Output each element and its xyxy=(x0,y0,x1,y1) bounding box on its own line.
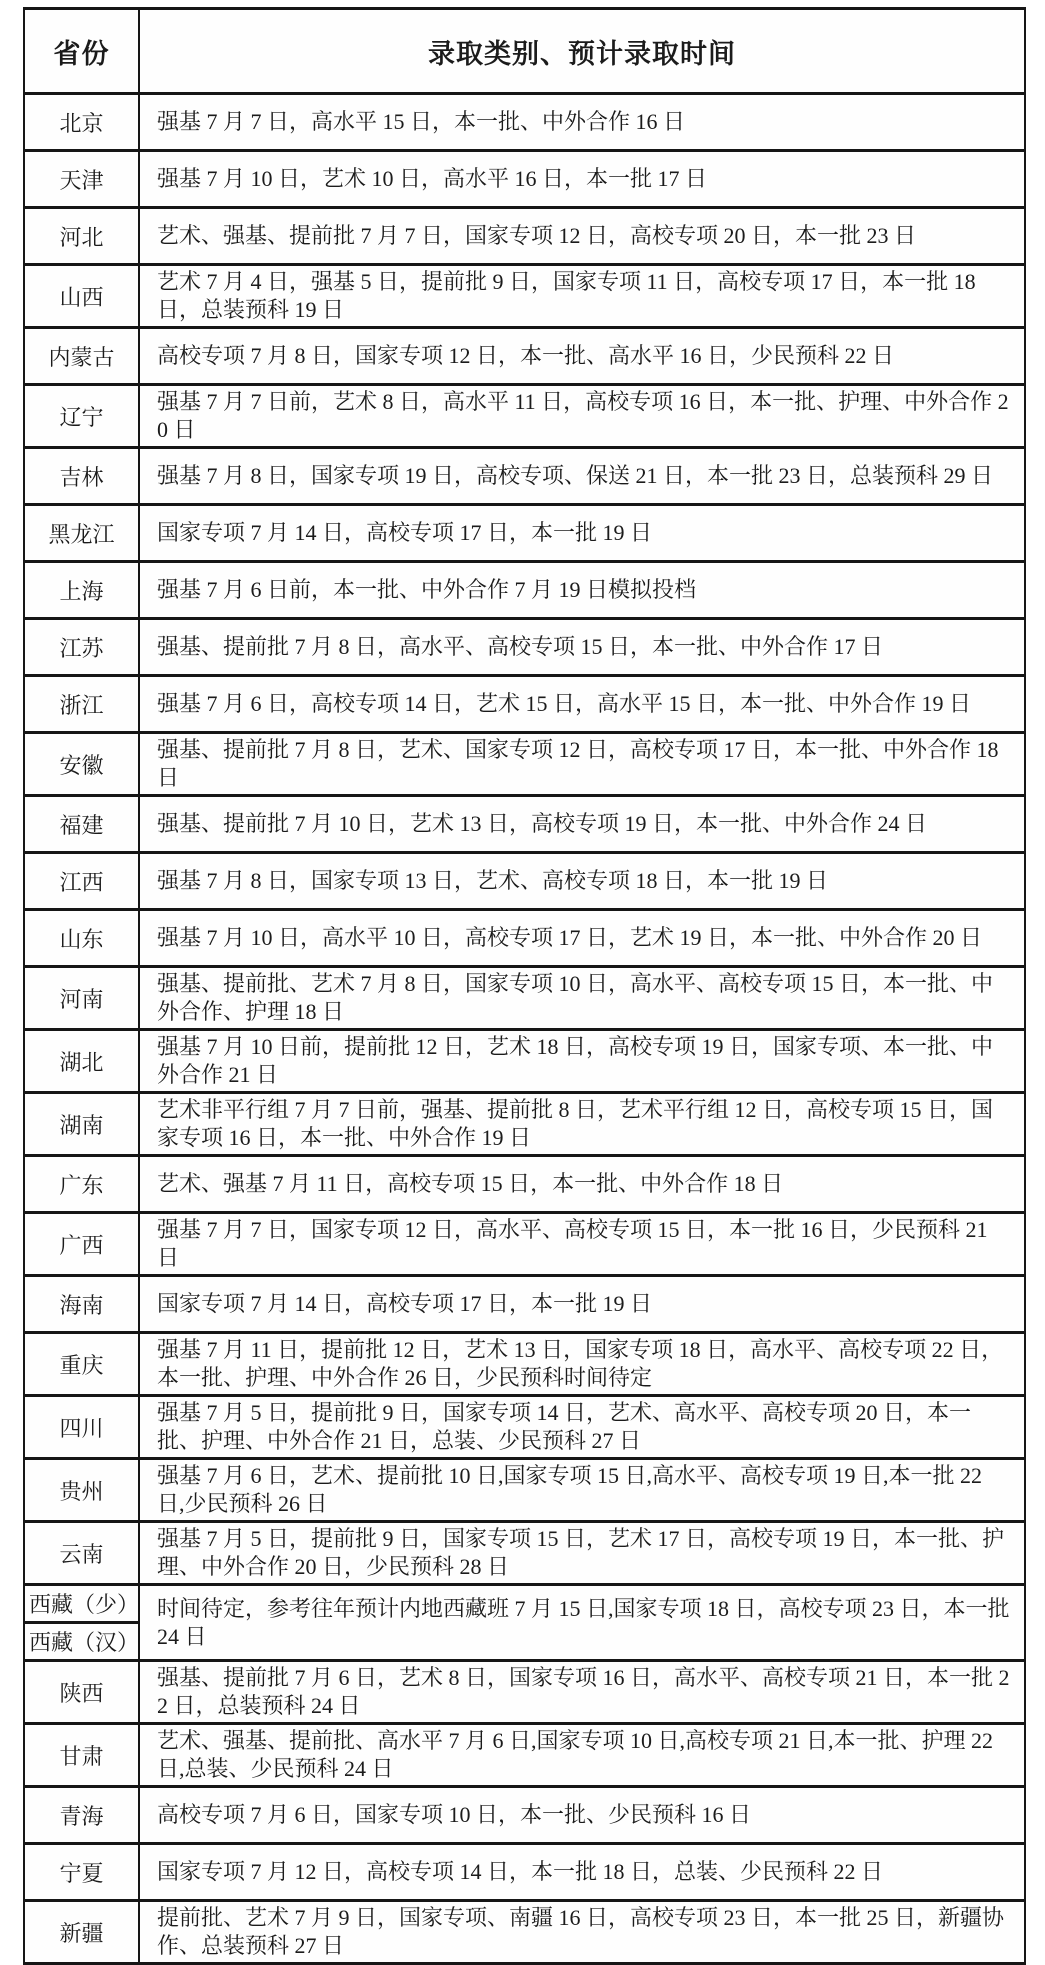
province-cell: 新疆 xyxy=(24,1901,139,1964)
table-row: 海南 国家专项 7 月 14 日，高校专项 17 日，本一批 19 日 xyxy=(24,1276,1025,1333)
table-row: 广西 强基 7 月 7 日，国家专项 12 日，高水平、高校专项 15 日，本一… xyxy=(24,1213,1025,1276)
province-cell: 黑龙江 xyxy=(24,505,139,562)
schedule-cell: 国家专项 7 月 14 日，高校专项 17 日，本一批 19 日 xyxy=(139,505,1025,562)
table-row: 陕西 强基、提前批 7 月 6 日，艺术 8 日，国家专项 16 日，高水平、高… xyxy=(24,1661,1025,1724)
province-cell: 内蒙古 xyxy=(24,328,139,385)
schedule-cell: 强基 7 月 7 日，国家专项 12 日，高水平、高校专项 15 日，本一批 1… xyxy=(139,1213,1025,1276)
province-cell: 安徽 xyxy=(24,733,139,796)
schedule-cell: 高校专项 7 月 8 日，国家专项 12 日，本一批、高水平 16 日，少民预科… xyxy=(139,328,1025,385)
province-cell: 辽宁 xyxy=(24,385,139,448)
province-cell: 浙江 xyxy=(24,676,139,733)
header-schedule: 录取类别、预计录取时间 xyxy=(139,9,1025,94)
table-row: 江苏 强基、提前批 7 月 8 日，高水平、高校专项 15 日，本一批、中外合作… xyxy=(24,619,1025,676)
province-cell: 河南 xyxy=(24,967,139,1030)
table-row: 江西 强基 7 月 8 日，国家专项 13 日，艺术、高校专项 18 日，本一批… xyxy=(24,853,1025,910)
schedule-cell: 强基 7 月 6 日前，本一批、中外合作 7 月 19 日模拟投档 xyxy=(139,562,1025,619)
province-cell: 山西 xyxy=(24,265,139,328)
table-row: 宁夏 国家专项 7 月 12 日，高校专项 14 日，本一批 18 日，总装、少… xyxy=(24,1844,1025,1901)
table-row: 山西 艺术 7 月 4 日，强基 5 日，提前批 9 日，国家专项 11 日，高… xyxy=(24,265,1025,328)
table-row: 河北 艺术、强基、提前批 7 月 7 日，国家专项 12 日，高校专项 20 日… xyxy=(24,208,1025,265)
table-row: 四川 强基 7 月 5 日，提前批 9 日，国家专项 14 日，艺术、高水平、高… xyxy=(24,1396,1025,1459)
schedule-cell: 提前批、艺术 7 月 9 日，国家专项、南疆 16 日，高校专项 23 日，本一… xyxy=(139,1901,1025,1964)
province-cell: 西藏（汉） xyxy=(24,1623,139,1661)
schedule-cell: 国家专项 7 月 14 日，高校专项 17 日，本一批 19 日 xyxy=(139,1276,1025,1333)
province-cell: 北京 xyxy=(24,94,139,151)
admission-schedule-table: 省份 录取类别、预计录取时间 北京 强基 7 月 7 日，高水平 15 日，本一… xyxy=(23,7,1026,1965)
province-cell: 广西 xyxy=(24,1213,139,1276)
schedule-cell: 强基 7 月 10 日前，提前批 12 日，艺术 18 日，高校专项 19 日，… xyxy=(139,1030,1025,1093)
province-cell: 海南 xyxy=(24,1276,139,1333)
schedule-cell: 强基 7 月 11 日，提前批 12 日，艺术 13 日，国家专项 18 日，高… xyxy=(139,1333,1025,1396)
province-cell: 青海 xyxy=(24,1787,139,1844)
schedule-cell: 强基 7 月 10 日，艺术 10 日，高水平 16 日，本一批 17 日 xyxy=(139,151,1025,208)
table-row: 福建 强基、提前批 7 月 10 日，艺术 13 日，高校专项 19 日，本一批… xyxy=(24,796,1025,853)
province-cell: 湖北 xyxy=(24,1030,139,1093)
schedule-cell: 强基、提前批 7 月 6 日，艺术 8 日，国家专项 16 日，高水平、高校专项… xyxy=(139,1661,1025,1724)
province-cell: 山东 xyxy=(24,910,139,967)
table-row: 安徽 强基、提前批 7 月 8 日，艺术、国家专项 12 日，高校专项 17 日… xyxy=(24,733,1025,796)
table-row: 湖北 强基 7 月 10 日前，提前批 12 日，艺术 18 日，高校专项 19… xyxy=(24,1030,1025,1093)
province-cell: 重庆 xyxy=(24,1333,139,1396)
table-row: 河南 强基、提前批、艺术 7 月 8 日，国家专项 10 日，高水平、高校专项 … xyxy=(24,967,1025,1030)
schedule-cell: 艺术、强基 7 月 11 日，高校专项 15 日，本一批、中外合作 18 日 xyxy=(139,1156,1025,1213)
province-cell: 贵州 xyxy=(24,1459,139,1522)
province-cell: 湖南 xyxy=(24,1093,139,1156)
table-row: 浙江 强基 7 月 6 日，高校专项 14 日，艺术 15 日，高水平 15 日… xyxy=(24,676,1025,733)
schedule-cell: 艺术、强基、提前批、高水平 7 月 6 日,国家专项 10 日,高校专项 21 … xyxy=(139,1724,1025,1787)
schedule-cell: 强基、提前批、艺术 7 月 8 日，国家专项 10 日，高水平、高校专项 15 … xyxy=(139,967,1025,1030)
schedule-cell: 艺术 7 月 4 日，强基 5 日，提前批 9 日，国家专项 11 日，高校专项… xyxy=(139,265,1025,328)
table-row: 湖南 艺术非平行组 7 月 7 日前，强基、提前批 8 日，艺术平行组 12 日… xyxy=(24,1093,1025,1156)
schedule-cell: 强基 7 月 5 日，提前批 9 日，国家专项 15 日，艺术 17 日，高校专… xyxy=(139,1522,1025,1585)
table-row: 重庆 强基 7 月 11 日，提前批 12 日，艺术 13 日，国家专项 18 … xyxy=(24,1333,1025,1396)
schedule-cell: 强基 7 月 6 日，高校专项 14 日，艺术 15 日，高水平 15 日，本一… xyxy=(139,676,1025,733)
schedule-cell: 强基、提前批 7 月 8 日，高水平、高校专项 15 日，本一批、中外合作 17… xyxy=(139,619,1025,676)
province-cell: 四川 xyxy=(24,1396,139,1459)
table-row: 上海 强基 7 月 6 日前，本一批、中外合作 7 月 19 日模拟投档 xyxy=(24,562,1025,619)
table-row-tibet-minority: 西藏（少） 时间待定，参考往年预计内地西藏班 7 月 15 日,国家专项 18 … xyxy=(24,1585,1025,1623)
schedule-cell: 高校专项 7 月 6 日，国家专项 10 日，本一批、少民预科 16 日 xyxy=(139,1787,1025,1844)
province-cell: 天津 xyxy=(24,151,139,208)
table-row: 贵州 强基 7 月 6 日，艺术、提前批 10 日,国家专项 15 日,高水平、… xyxy=(24,1459,1025,1522)
province-cell: 云南 xyxy=(24,1522,139,1585)
schedule-cell: 强基 7 月 10 日，高水平 10 日，高校专项 17 日，艺术 19 日，本… xyxy=(139,910,1025,967)
page: 省份 录取类别、预计录取时间 北京 强基 7 月 7 日，高水平 15 日，本一… xyxy=(0,0,1045,1965)
header-row: 省份 录取类别、预计录取时间 xyxy=(24,9,1025,94)
schedule-cell: 强基 7 月 6 日，艺术、提前批 10 日,国家专项 15 日,高水平、高校专… xyxy=(139,1459,1025,1522)
province-cell: 吉林 xyxy=(24,448,139,505)
province-cell: 陕西 xyxy=(24,1661,139,1724)
province-cell: 福建 xyxy=(24,796,139,853)
table-row: 云南 强基 7 月 5 日，提前批 9 日，国家专项 15 日，艺术 17 日，… xyxy=(24,1522,1025,1585)
province-cell: 江西 xyxy=(24,853,139,910)
province-cell: 江苏 xyxy=(24,619,139,676)
province-cell: 西藏（少） xyxy=(24,1585,139,1623)
schedule-cell: 艺术、强基、提前批 7 月 7 日，国家专项 12 日，高校专项 20 日，本一… xyxy=(139,208,1025,265)
schedule-cell: 强基 7 月 8 日，国家专项 13 日，艺术、高校专项 18 日，本一批 19… xyxy=(139,853,1025,910)
table-row: 山东 强基 7 月 10 日，高水平 10 日，高校专项 17 日，艺术 19 … xyxy=(24,910,1025,967)
schedule-cell: 艺术非平行组 7 月 7 日前，强基、提前批 8 日，艺术平行组 12 日，高校… xyxy=(139,1093,1025,1156)
schedule-cell: 强基、提前批 7 月 10 日，艺术 13 日，高校专项 19 日，本一批、中外… xyxy=(139,796,1025,853)
schedule-cell: 时间待定，参考往年预计内地西藏班 7 月 15 日,国家专项 18 日，高校专项… xyxy=(139,1585,1025,1661)
table-row: 广东 艺术、强基 7 月 11 日，高校专项 15 日，本一批、中外合作 18 … xyxy=(24,1156,1025,1213)
schedule-cell: 强基 7 月 7 日前，艺术 8 日，高水平 11 日，高校专项 16 日，本一… xyxy=(139,385,1025,448)
schedule-cell: 强基 7 月 7 日，高水平 15 日，本一批、中外合作 16 日 xyxy=(139,94,1025,151)
table-row: 天津 强基 7 月 10 日，艺术 10 日，高水平 16 日，本一批 17 日 xyxy=(24,151,1025,208)
province-cell: 甘肃 xyxy=(24,1724,139,1787)
province-cell: 广东 xyxy=(24,1156,139,1213)
table-row: 辽宁 强基 7 月 7 日前，艺术 8 日，高水平 11 日，高校专项 16 日… xyxy=(24,385,1025,448)
schedule-cell: 强基 7 月 8 日，国家专项 19 日，高校专项、保送 21 日，本一批 23… xyxy=(139,448,1025,505)
table-row: 黑龙江 国家专项 7 月 14 日，高校专项 17 日，本一批 19 日 xyxy=(24,505,1025,562)
table-row: 北京 强基 7 月 7 日，高水平 15 日，本一批、中外合作 16 日 xyxy=(24,94,1025,151)
table-row: 内蒙古 高校专项 7 月 8 日，国家专项 12 日，本一批、高水平 16 日，… xyxy=(24,328,1025,385)
table-row: 吉林 强基 7 月 8 日，国家专项 19 日，高校专项、保送 21 日，本一批… xyxy=(24,448,1025,505)
province-cell: 河北 xyxy=(24,208,139,265)
schedule-cell: 国家专项 7 月 12 日，高校专项 14 日，本一批 18 日，总装、少民预科… xyxy=(139,1844,1025,1901)
province-cell: 宁夏 xyxy=(24,1844,139,1901)
schedule-cell: 强基 7 月 5 日，提前批 9 日，国家专项 14 日，艺术、高水平、高校专项… xyxy=(139,1396,1025,1459)
table-row: 青海 高校专项 7 月 6 日，国家专项 10 日，本一批、少民预科 16 日 xyxy=(24,1787,1025,1844)
schedule-cell: 强基、提前批 7 月 8 日，艺术、国家专项 12 日，高校专项 17 日，本一… xyxy=(139,733,1025,796)
table-row: 甘肃 艺术、强基、提前批、高水平 7 月 6 日,国家专项 10 日,高校专项 … xyxy=(24,1724,1025,1787)
header-province: 省份 xyxy=(24,9,139,94)
table-row: 新疆 提前批、艺术 7 月 9 日，国家专项、南疆 16 日，高校专项 23 日… xyxy=(24,1901,1025,1964)
province-cell: 上海 xyxy=(24,562,139,619)
